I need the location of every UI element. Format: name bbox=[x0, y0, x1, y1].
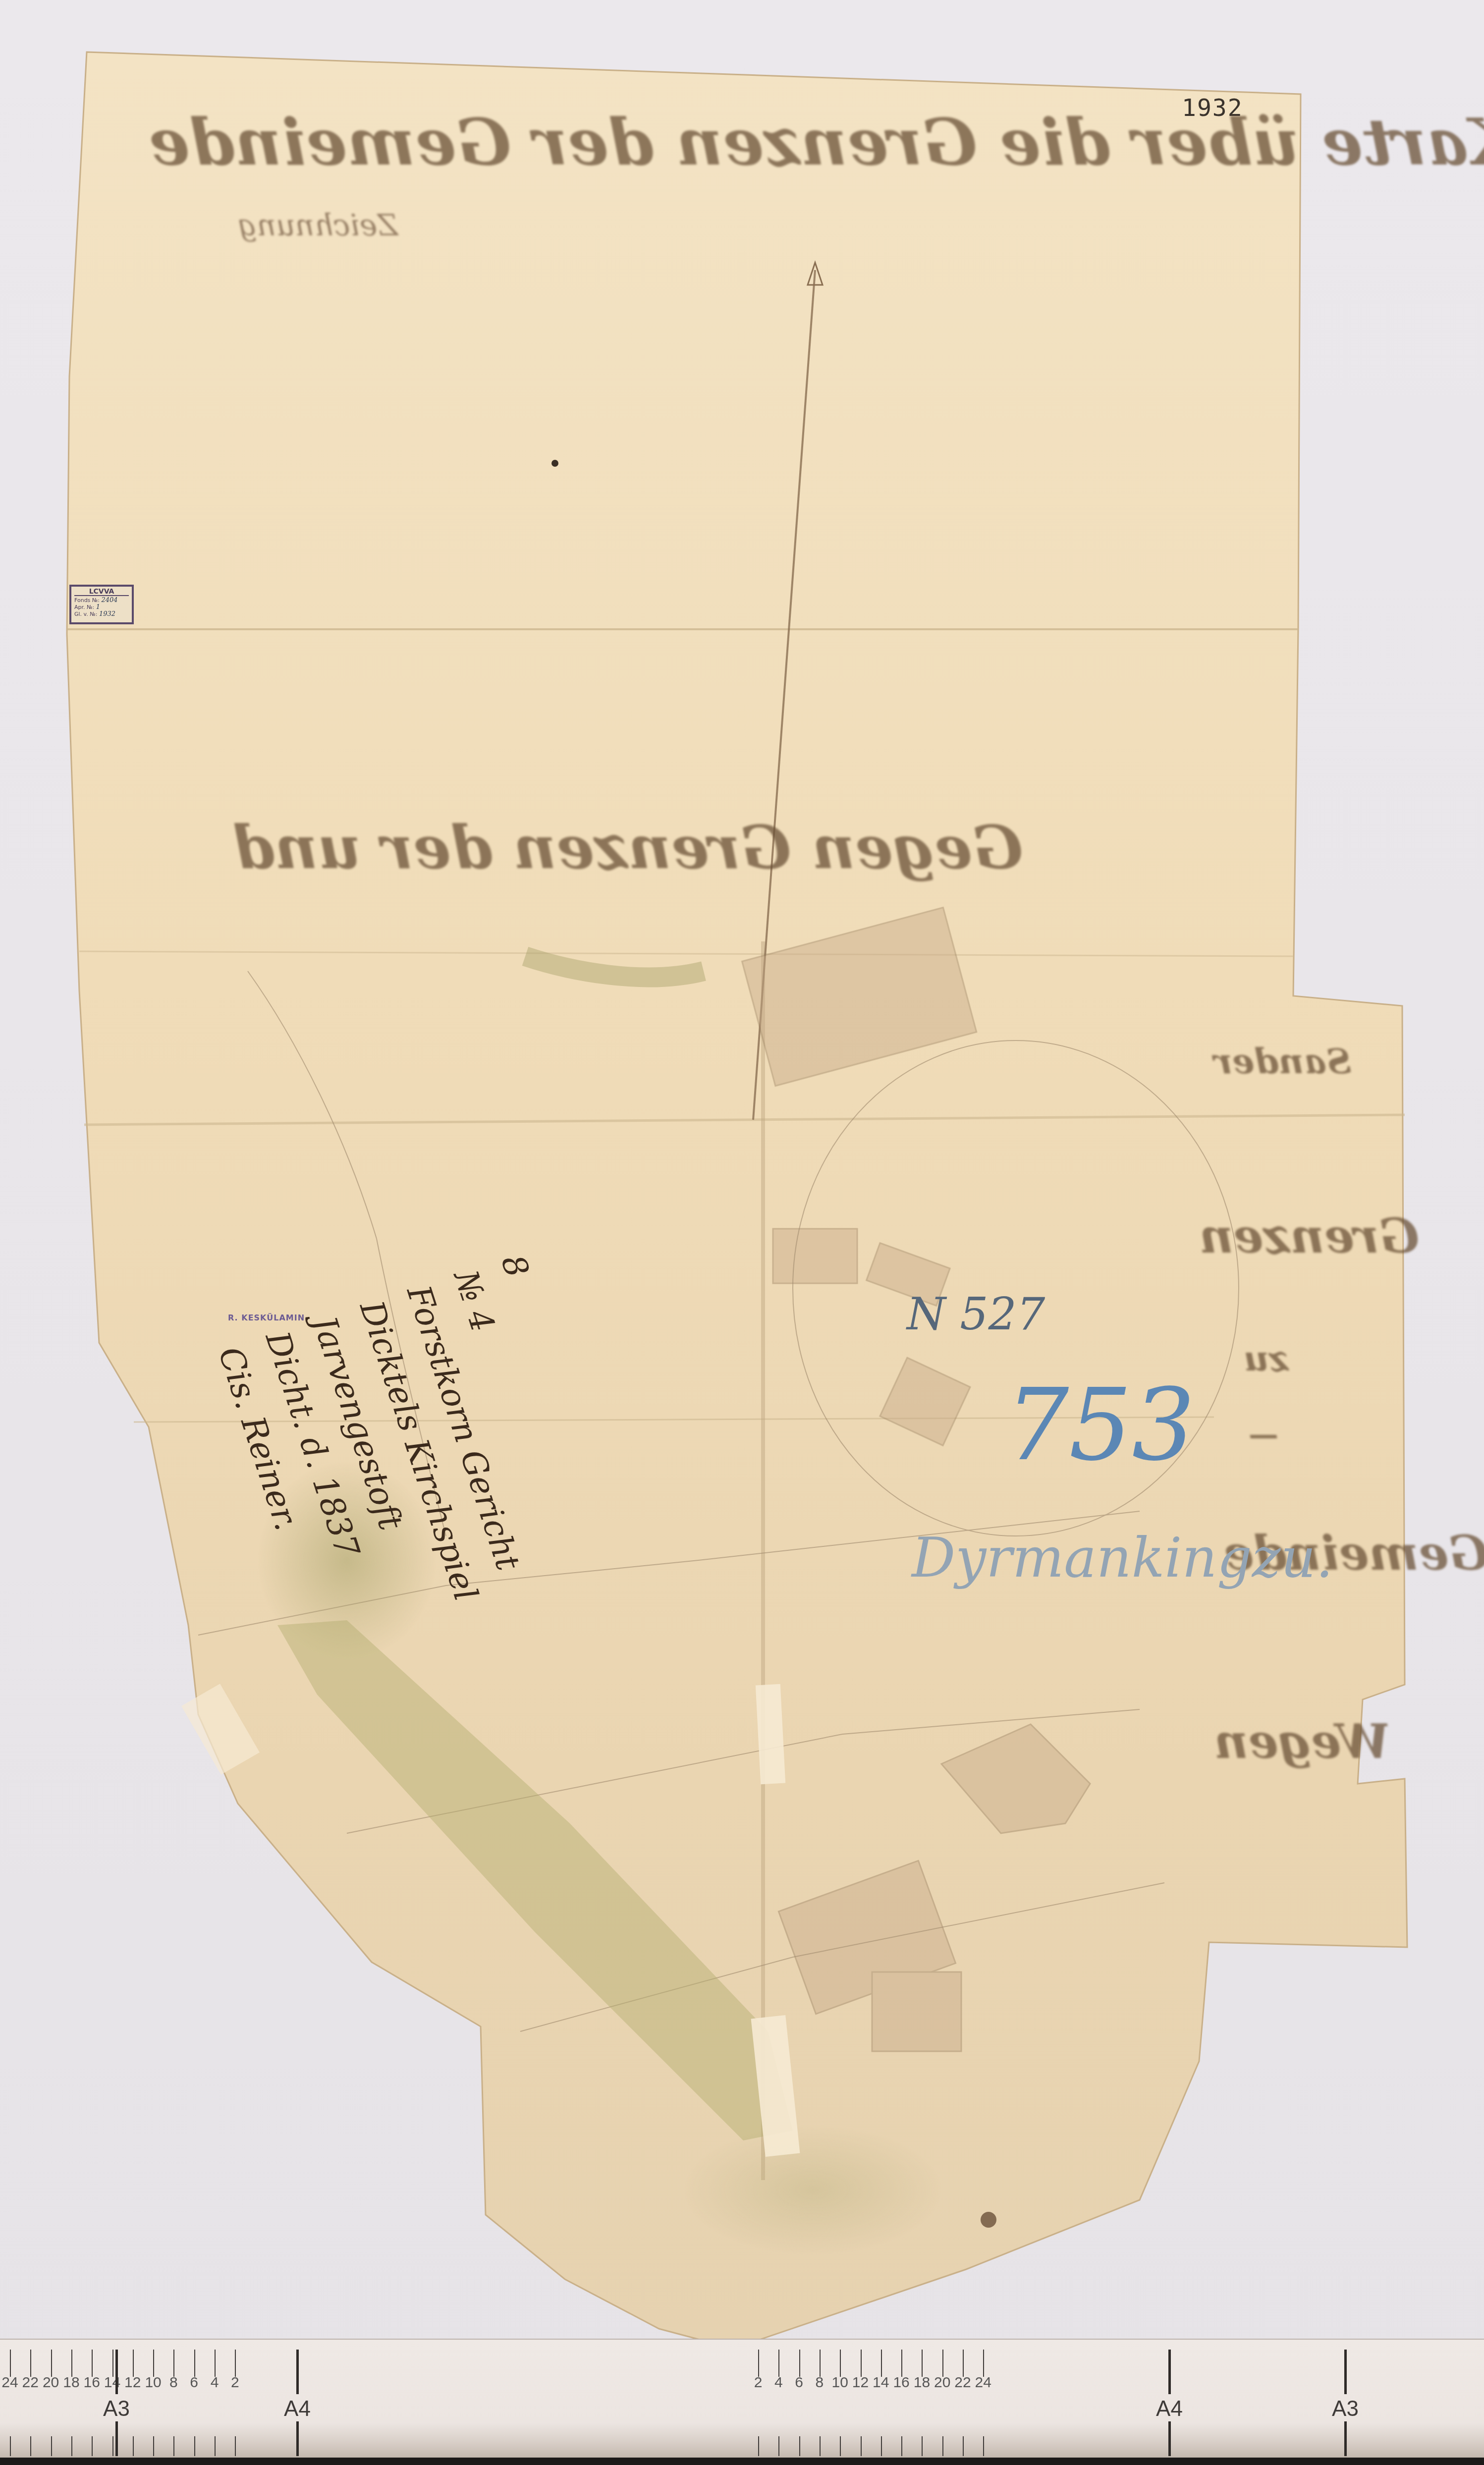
ruler-tick bbox=[778, 2350, 779, 2377]
ruler-label: 2 bbox=[754, 2374, 763, 2391]
archive-stamp-header: LCVVA bbox=[74, 588, 129, 596]
ruler-tick bbox=[10, 2350, 11, 2377]
mirrored-side-label-2: Grenzen bbox=[1199, 1209, 1419, 1264]
ruler-tick bbox=[112, 2436, 113, 2456]
ruler-tick bbox=[92, 2350, 93, 2377]
ruler-tick bbox=[861, 2436, 862, 2456]
ruler-tick bbox=[153, 2350, 154, 2377]
ruler-label: 6 bbox=[795, 2374, 803, 2391]
ruler-label: 4 bbox=[211, 2374, 219, 2391]
ruler-label: 6 bbox=[190, 2374, 198, 2391]
ruler-tick bbox=[71, 2350, 72, 2377]
ruler-tick bbox=[983, 2436, 984, 2456]
ruler-format-bar bbox=[1344, 2421, 1347, 2456]
ruler-tick bbox=[922, 2436, 923, 2456]
ruler-format-bar bbox=[115, 2350, 118, 2394]
ruler-tick bbox=[799, 2350, 800, 2377]
ruler-tick bbox=[30, 2350, 31, 2377]
ruler-label: 2 bbox=[231, 2374, 239, 2391]
ruler-tick bbox=[71, 2436, 72, 2456]
ruler-tick bbox=[194, 2436, 195, 2456]
ruler-label: 10 bbox=[832, 2374, 848, 2391]
measuring-ruler: 2422201816141210864224681012141618202224… bbox=[0, 2339, 1484, 2459]
ruler-tick bbox=[840, 2350, 841, 2377]
ruler-tick bbox=[942, 2436, 943, 2456]
ruler-format-bar bbox=[1168, 2350, 1171, 2394]
archive-stamp-row: Apr. №: 1 bbox=[74, 604, 129, 611]
ruler-tick bbox=[799, 2436, 800, 2456]
ruler-format-bar bbox=[1344, 2350, 1347, 2394]
mirrored-legend: Gegen Grenzen der und bbox=[233, 813, 1023, 882]
ruler-tick bbox=[963, 2436, 964, 2456]
ruler-label: 16 bbox=[84, 2374, 100, 2391]
ruler-label: 24 bbox=[1, 2374, 18, 2391]
ruler-tick bbox=[10, 2436, 11, 2456]
ruler-format-mark: A3 bbox=[1332, 2397, 1359, 2421]
ruler-label: 14 bbox=[873, 2374, 889, 2391]
ruler-tick bbox=[133, 2350, 134, 2377]
ruler-format-bar bbox=[115, 2421, 118, 2456]
ruler-tick bbox=[861, 2350, 862, 2377]
ruler-format-bar bbox=[296, 2350, 299, 2394]
ruler-label: 8 bbox=[816, 2374, 824, 2391]
pencil-signature: Dyrmankingzu. bbox=[912, 1526, 1333, 1589]
mirrored-subtitle: Zeichnung bbox=[238, 208, 398, 243]
ruler-tick bbox=[235, 2436, 236, 2456]
ruler-label: 20 bbox=[43, 2374, 59, 2391]
ruler-tick bbox=[133, 2436, 134, 2456]
ruler-label: 12 bbox=[124, 2374, 141, 2391]
ruler-tick bbox=[51, 2350, 52, 2377]
ruler-format-bar bbox=[1168, 2421, 1171, 2456]
ruler-tick bbox=[30, 2436, 31, 2456]
ruler-label: 18 bbox=[63, 2374, 79, 2391]
mirrored-title: Karte über die Grenzen der Gemeinde bbox=[149, 104, 1484, 180]
ruler-tick bbox=[235, 2350, 236, 2377]
ruler-tick bbox=[881, 2436, 882, 2456]
ruler-tick bbox=[215, 2436, 216, 2456]
ruler-label: 18 bbox=[914, 2374, 930, 2391]
ruler-tick bbox=[51, 2436, 52, 2456]
archive-stamp-row: Fonds №: 2404 bbox=[74, 597, 129, 604]
ruler-tick bbox=[881, 2350, 882, 2377]
ruler-format-mark: A4 bbox=[1156, 2397, 1183, 2421]
ruler-tick bbox=[758, 2436, 759, 2456]
archive-stamp-row: Gl. v. №: 1932 bbox=[74, 611, 129, 618]
ruler-label: 22 bbox=[954, 2374, 971, 2391]
blue-crayon-number: 753 bbox=[1006, 1368, 1195, 1483]
ruler-tick bbox=[215, 2350, 216, 2377]
ruler-label: 16 bbox=[893, 2374, 909, 2391]
ruler-label: 22 bbox=[22, 2374, 39, 2391]
scan-edge bbox=[0, 2458, 1484, 2465]
ruler-format-mark: A4 bbox=[284, 2397, 311, 2421]
ruler-tick bbox=[820, 2350, 821, 2377]
ruler-tick bbox=[112, 2350, 113, 2377]
ruler-label: 10 bbox=[145, 2374, 161, 2391]
ruler-label: 4 bbox=[774, 2374, 783, 2391]
ruler-label: 24 bbox=[975, 2374, 991, 2391]
ruler-label: 8 bbox=[169, 2374, 178, 2391]
ruler-tick bbox=[901, 2350, 902, 2377]
ruler-tick bbox=[901, 2436, 902, 2456]
ruler-tick bbox=[983, 2350, 984, 2377]
purple-name-stamp: R. KESKÜLAMIN bbox=[228, 1313, 305, 1322]
mirrored-side-label-3: zu bbox=[1244, 1338, 1289, 1379]
archive-stamp: LCVVA Fonds №: 2404 Apr. №: 1 Gl. v. №: … bbox=[69, 585, 134, 624]
ruler-format-bar bbox=[296, 2421, 299, 2456]
ruler-tick bbox=[922, 2350, 923, 2377]
mirrored-side-label-4: — bbox=[1249, 1417, 1278, 1452]
pencil-number: N 527 bbox=[907, 1288, 1045, 1340]
ruler-tick bbox=[92, 2436, 93, 2456]
ruler-tick bbox=[820, 2436, 821, 2456]
ruler-tick bbox=[942, 2350, 943, 2377]
ruler-tick bbox=[840, 2436, 841, 2456]
ruler-tick bbox=[194, 2350, 195, 2377]
ruler-label: 14 bbox=[104, 2374, 120, 2391]
ruler-tick bbox=[963, 2350, 964, 2377]
ruler-tick bbox=[153, 2436, 154, 2456]
ruler-tick bbox=[758, 2350, 759, 2377]
ruler-tick bbox=[173, 2436, 174, 2456]
ruler-format-mark: A3 bbox=[103, 2397, 130, 2421]
mirrored-side-label-6: Wegen bbox=[1214, 1714, 1390, 1769]
mirrored-side-label-1: Sander bbox=[1214, 1041, 1351, 1082]
ruler-label: 20 bbox=[934, 2374, 950, 2391]
ruler-tick bbox=[173, 2350, 174, 2377]
ruler-label: 12 bbox=[852, 2374, 869, 2391]
ruler-tick bbox=[778, 2436, 779, 2456]
